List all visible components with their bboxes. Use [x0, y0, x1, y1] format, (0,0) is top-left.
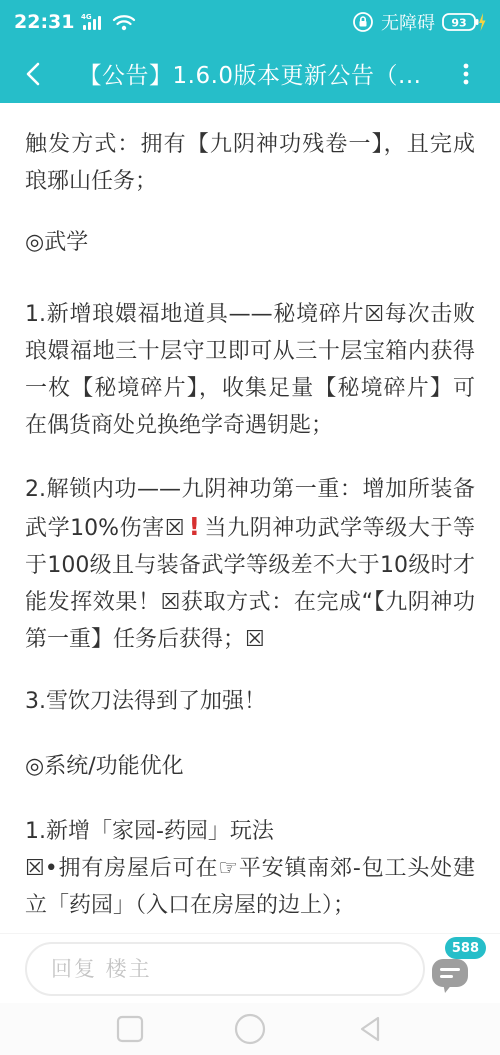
reply-bar: 588 — [0, 933, 500, 1003]
triangle-back-icon — [354, 1013, 386, 1045]
comment-count-badge: 588 — [445, 937, 486, 959]
page-title: 【公告】1.6.0版本更新公告（... — [56, 57, 444, 90]
paragraph-inner-skill: 2.解锁内功——九阴神功第一重：增加所装备武学10%伤害☒!当九阴神功武学等级大… — [25, 471, 475, 658]
square-recents-icon — [115, 1014, 145, 1044]
paragraph-secret-shards: 1.新增琅嬛福地道具——秘境碎片☒每次击败琅嬛福地三十层守卫即可从三十层宝箱内获… — [25, 296, 475, 444]
back-button[interactable] — [12, 52, 56, 96]
status-time: 22:31 — [14, 11, 74, 33]
section-heading-martial-arts: ◎武学 — [25, 224, 475, 261]
android-nav-bar — [0, 1003, 500, 1055]
post-content-scroll-area[interactable]: 触发条件：习得【九阴神功残卷一】第一重触发条 触发方式：拥有【九阴神功残卷一】，… — [0, 103, 500, 933]
svg-text:93: 93 — [451, 17, 466, 30]
chevron-left-icon — [21, 61, 47, 87]
herb-garden-line1: 1.新增「家园-药园」玩法 — [25, 819, 274, 844]
kebab-menu-icon — [453, 61, 479, 87]
nav-recents-button[interactable] — [105, 1007, 155, 1051]
lock-circle-icon — [352, 11, 374, 33]
comments-button[interactable]: 588 — [424, 937, 486, 999]
nav-home-button[interactable] — [225, 1007, 275, 1051]
status-bar: 22:31 4G — [0, 0, 500, 44]
reply-input[interactable] — [49, 956, 401, 982]
chat-bubble-icon — [432, 959, 468, 987]
app-bar: 【公告】1.6.0版本更新公告（... — [0, 44, 500, 103]
svg-text:4G: 4G — [81, 13, 92, 21]
clipped-text-line: 触发条件：习得【九阴神功残卷一】第一重触发条 — [43, 103, 475, 114]
reply-input-pill[interactable] — [25, 942, 425, 996]
paragraph-blade-buff: 3.雪饮刀法得到了加强！ — [25, 683, 475, 720]
section-heading-system-optimization: ◎系统/功能优化 — [25, 748, 475, 785]
circle-home-icon — [231, 1010, 269, 1048]
battery-charging-icon: 93 — [442, 11, 486, 33]
wifi-icon — [112, 12, 136, 32]
menu-button[interactable] — [444, 52, 488, 96]
herb-garden-line2: ☒•拥有房屋后可在☞平安镇南郊-包工头处建立「药园」（入口在房屋的边上）； — [25, 856, 475, 918]
signal-bars-icon: 4G — [81, 12, 105, 32]
nav-back-button[interactable] — [345, 1007, 395, 1051]
phone-screen: 22:31 4G — [0, 0, 500, 1055]
accessibility-label: 无障碍 — [381, 9, 435, 35]
red-exclamation-mark: ! — [185, 512, 204, 541]
paragraph-herb-garden: 1.新增「家园-药园」玩法 ☒•拥有房屋后可在☞平安镇南郊-包工头处建立「药园」… — [25, 813, 475, 924]
paragraph-trigger-method: 触发方式：拥有【九阴神功残卷一】，且完成琅琊山任务； — [25, 126, 475, 200]
